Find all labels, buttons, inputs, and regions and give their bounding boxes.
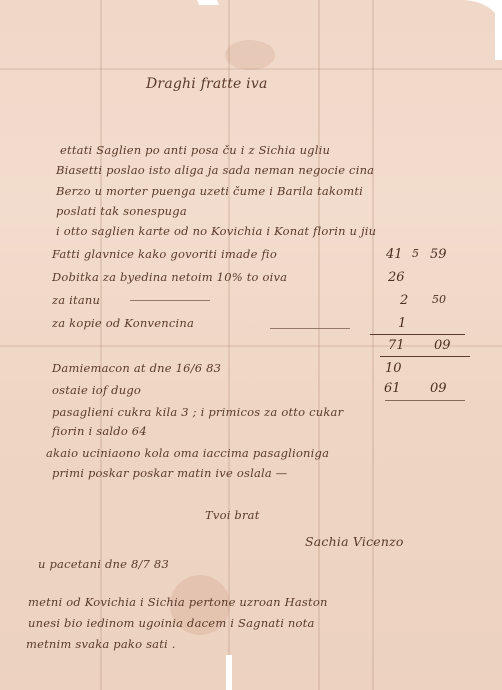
body-line: za itanu xyxy=(52,293,100,307)
amount: 10 xyxy=(385,361,402,376)
underline xyxy=(270,328,350,329)
body-line: Dobitka za byedina netoim 10% to oiva xyxy=(52,270,287,284)
body-line: Biasetti poslao isto aliga ja sada neman… xyxy=(56,163,374,177)
amount-cents: 59 xyxy=(430,247,447,262)
amount-total-cents: 09 xyxy=(434,338,451,353)
amount: 2 xyxy=(400,293,408,308)
dateline: u pacetani dne 8/7 83 xyxy=(38,557,169,571)
amount-cents: 50 xyxy=(432,293,446,306)
body-line: primi poskar poskar matin ive oslala — xyxy=(52,466,288,480)
body-line: fiorin i saldo 64 xyxy=(52,424,147,438)
body-line: Damiemacon at dne 16/6 83 xyxy=(52,361,221,375)
signature: Sachia Vicenzo xyxy=(305,534,404,549)
stain xyxy=(225,40,275,70)
closing: Tvoi brat xyxy=(205,508,260,522)
underline xyxy=(130,300,210,301)
amount-balance: 61 xyxy=(384,381,401,396)
paper-tear xyxy=(197,0,219,5)
body-line: poslati tak sonespuga xyxy=(56,204,187,218)
amount-sub: 5 xyxy=(412,247,419,260)
salutation: Draghi fratte iva xyxy=(146,76,268,92)
letter-paper xyxy=(0,0,502,690)
amount-total: 71 xyxy=(388,338,405,353)
postscript-line: unesi bio iedinom ugoinia dacem i Sagnat… xyxy=(28,616,315,630)
amount: 41 xyxy=(386,247,403,262)
sum-rule xyxy=(370,334,465,335)
postscript-line: metnim svaka pako sati . xyxy=(26,637,176,651)
body-line: ettati Saglien po anti posa ču i z Sichi… xyxy=(60,143,330,157)
body-line: ostaie iof dugo xyxy=(52,383,141,397)
body-line: pasaglieni cukra kila 3 ; i primicos za … xyxy=(52,405,343,419)
amount-balance-cents: 09 xyxy=(430,381,447,396)
body-line: za kopie od Konvencina xyxy=(52,316,194,330)
postscript-line: metni od Kovichia i Sichia pertone uzroa… xyxy=(28,595,328,609)
amount: 26 xyxy=(388,270,405,285)
sum-rule xyxy=(380,356,470,357)
body-line: Berzo u morter puenga uzeti čume i Baril… xyxy=(56,184,363,198)
fold-line xyxy=(0,345,502,347)
sum-rule xyxy=(385,400,465,401)
paper-tear xyxy=(226,655,232,690)
paper-edge xyxy=(495,0,502,60)
amount: 1 xyxy=(398,316,406,331)
body-line: i otto saglien karte od no Kovichia i Ko… xyxy=(56,224,376,238)
body-line: Fatti glavnice kako govoriti imade fio xyxy=(52,247,277,261)
body-line: akaio uciniaono kola oma iaccima pasagli… xyxy=(46,446,329,460)
